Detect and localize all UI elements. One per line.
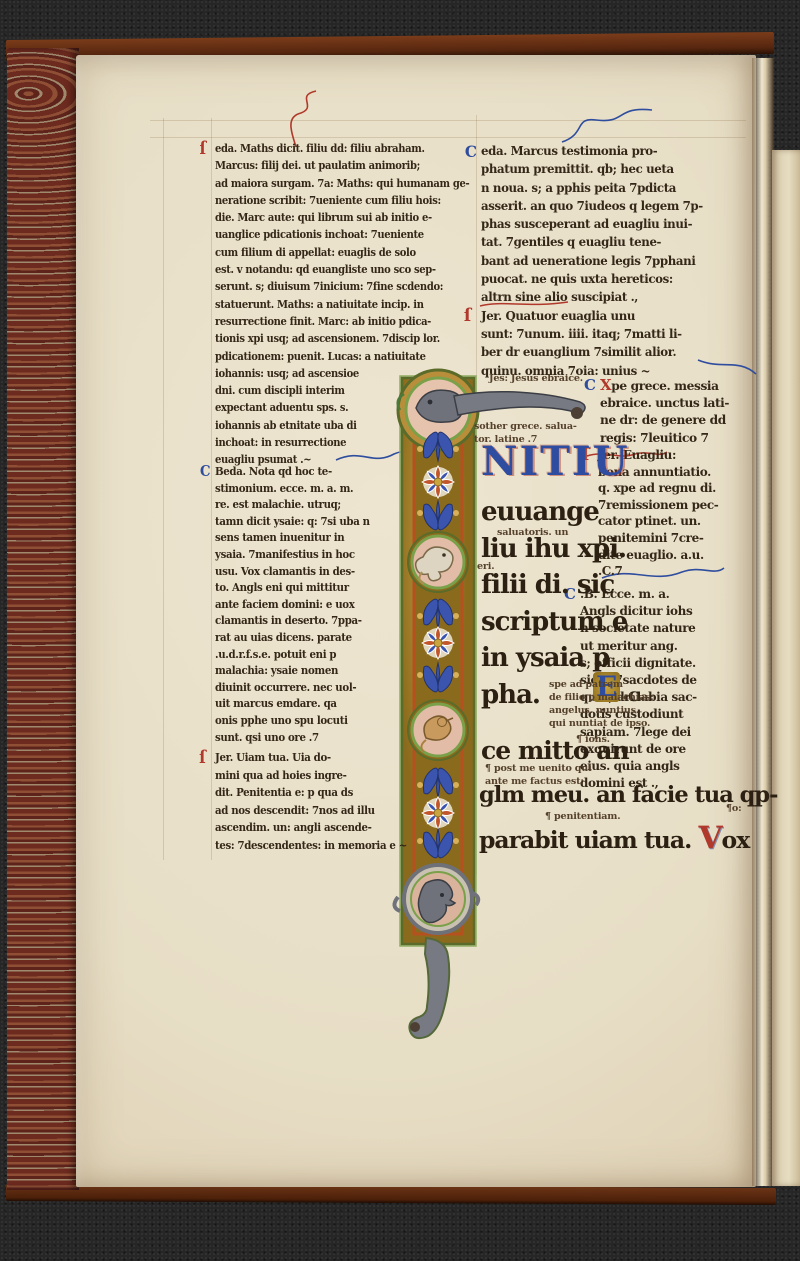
facing-page-edge bbox=[772, 150, 800, 1186]
right-column-block-2: ſ Jer. Quatuor euaglia unusunt: 7unum. i… bbox=[481, 307, 682, 380]
gloss-angelus: spe ad patremde filio p malachias:angelu… bbox=[549, 678, 654, 730]
parabit-text: parabit uiam tua. bbox=[479, 826, 698, 854]
right-column-block-3: C Xpe grece. messiaebraice. unctus lati-… bbox=[600, 377, 729, 447]
book-gutter bbox=[752, 58, 774, 1186]
left-column-block-3-lines: Jer. Uiam tua. Uia do-mini qua ad hoies … bbox=[215, 749, 407, 855]
gloss-jesus-ebraice: Jes: Jesus ebraice. bbox=[489, 372, 583, 385]
ruling-line bbox=[150, 120, 746, 121]
left-column-block-2-lines: Beda. Nota qd hoc te-stimonium. ecce. m.… bbox=[215, 463, 370, 745]
versal-mark: C bbox=[465, 142, 477, 161]
manuscript-photo: ſ eda. Maths dicit. filiu dd: filiu abra… bbox=[0, 0, 800, 1261]
ruling-line bbox=[150, 137, 746, 138]
left-column-block-1-lines: eda. Maths dicit. filiu dd: filiu abraha… bbox=[215, 140, 469, 469]
versal-mark: ſ bbox=[200, 138, 207, 159]
incipit-line-ce-mitto: ce mitto an bbox=[481, 736, 629, 765]
gloss-saluatoris: saluatoris. un bbox=[497, 526, 568, 539]
ruling-line bbox=[211, 118, 212, 860]
versal-mark: C bbox=[200, 462, 211, 480]
right-column-block-1: C eda. Marcus testimonia pro-phatum prem… bbox=[481, 142, 703, 307]
ruling-line bbox=[476, 115, 477, 875]
incipit-line-parabit: parabit uiam tua. Vox bbox=[479, 820, 749, 856]
left-column-block-1: ſ eda. Maths dicit. filiu dd: filiu abra… bbox=[215, 140, 469, 469]
vox-text: ox bbox=[722, 826, 750, 854]
right-column-block-1-lines: eda. Marcus testimonia pro-phatum premit… bbox=[481, 142, 703, 307]
right-column-block-2-lines: Jer. Quatuor euaglia unusunt: 7unum. iii… bbox=[481, 307, 682, 380]
right-column-block-3-lines: Xpe grece. messiaebraice. unctus lati-ne… bbox=[600, 377, 729, 447]
ruling-line bbox=[163, 118, 164, 860]
versal-mark: ſ bbox=[464, 305, 471, 326]
left-column-block-2: C Beda. Nota qd hoc te-stimonium. ecce. … bbox=[215, 463, 370, 745]
left-column-block-3: ſ Jer. Uiam tua. Uia do-mini qua ad hoie… bbox=[215, 749, 407, 855]
decorated-initial-v: V bbox=[698, 820, 721, 856]
gloss-eri: eri. bbox=[477, 560, 494, 573]
versal-mark: C bbox=[584, 376, 596, 394]
incipit-initial-word: NITIU bbox=[481, 438, 630, 485]
versal-mark: ſ bbox=[199, 747, 206, 768]
binding-bottom-edge bbox=[6, 1184, 776, 1205]
marbled-endpaper bbox=[7, 48, 79, 1190]
gloss-o: ¶o: bbox=[726, 802, 741, 815]
